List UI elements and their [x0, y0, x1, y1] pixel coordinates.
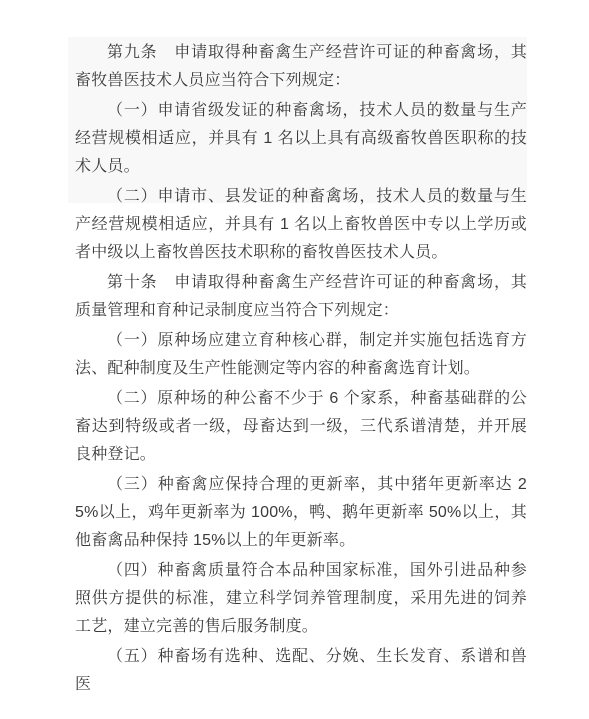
- paragraph-article-10-item-2: （二）原种场的种公畜不少于 6 个家系，种畜基础群的公畜达到特级或者一级，母畜达…: [75, 385, 527, 469]
- document-text-body: 第九条 申请取得种畜禽生产经营许可证的种畜禽场，其畜牧兽医技术人员应当符合下列规…: [75, 39, 527, 701]
- paragraph-article-9-item-1: （一）申请省级发证的种畜禽场，技术人员的数量与生产经营规模相适应，并具有 1 名…: [75, 97, 527, 181]
- paragraph-article-9-item-2: （二）申请市、县发证的种畜禽场，技术人员的数量与生产经营规模相适应，并具有 1 …: [75, 183, 527, 267]
- paragraph-article-9: 第九条 申请取得种畜禽生产经营许可证的种畜禽场，其畜牧兽医技术人员应当符合下列规…: [75, 39, 527, 95]
- paragraph-article-10-item-4: （四）种畜禽质量符合本品种国家标准，国外引进品种参照供方提供的标准，建立科学饲养…: [75, 557, 527, 641]
- document-page: { "page": { "background_color": "#ffffff…: [0, 0, 589, 719]
- paragraph-article-10-item-1: （一）原种场应建立育种核心群，制定并实施包括选育方法、配种制度及生产性能测定等内…: [75, 327, 527, 383]
- paragraph-article-10: 第十条 申请取得种畜禽生产经营许可证的种畜禽场，其质量管理和育种记录制度应当符合…: [75, 269, 527, 325]
- paragraph-article-10-item-5-truncated: （五）种畜场有选种、选配、分娩、生长发育、系谱和兽医: [75, 643, 527, 699]
- paragraph-article-10-item-3: （三）种畜禽应保持合理的更新率，其中猪年更新率达 25%以上，鸡年更新率为 10…: [75, 471, 527, 555]
